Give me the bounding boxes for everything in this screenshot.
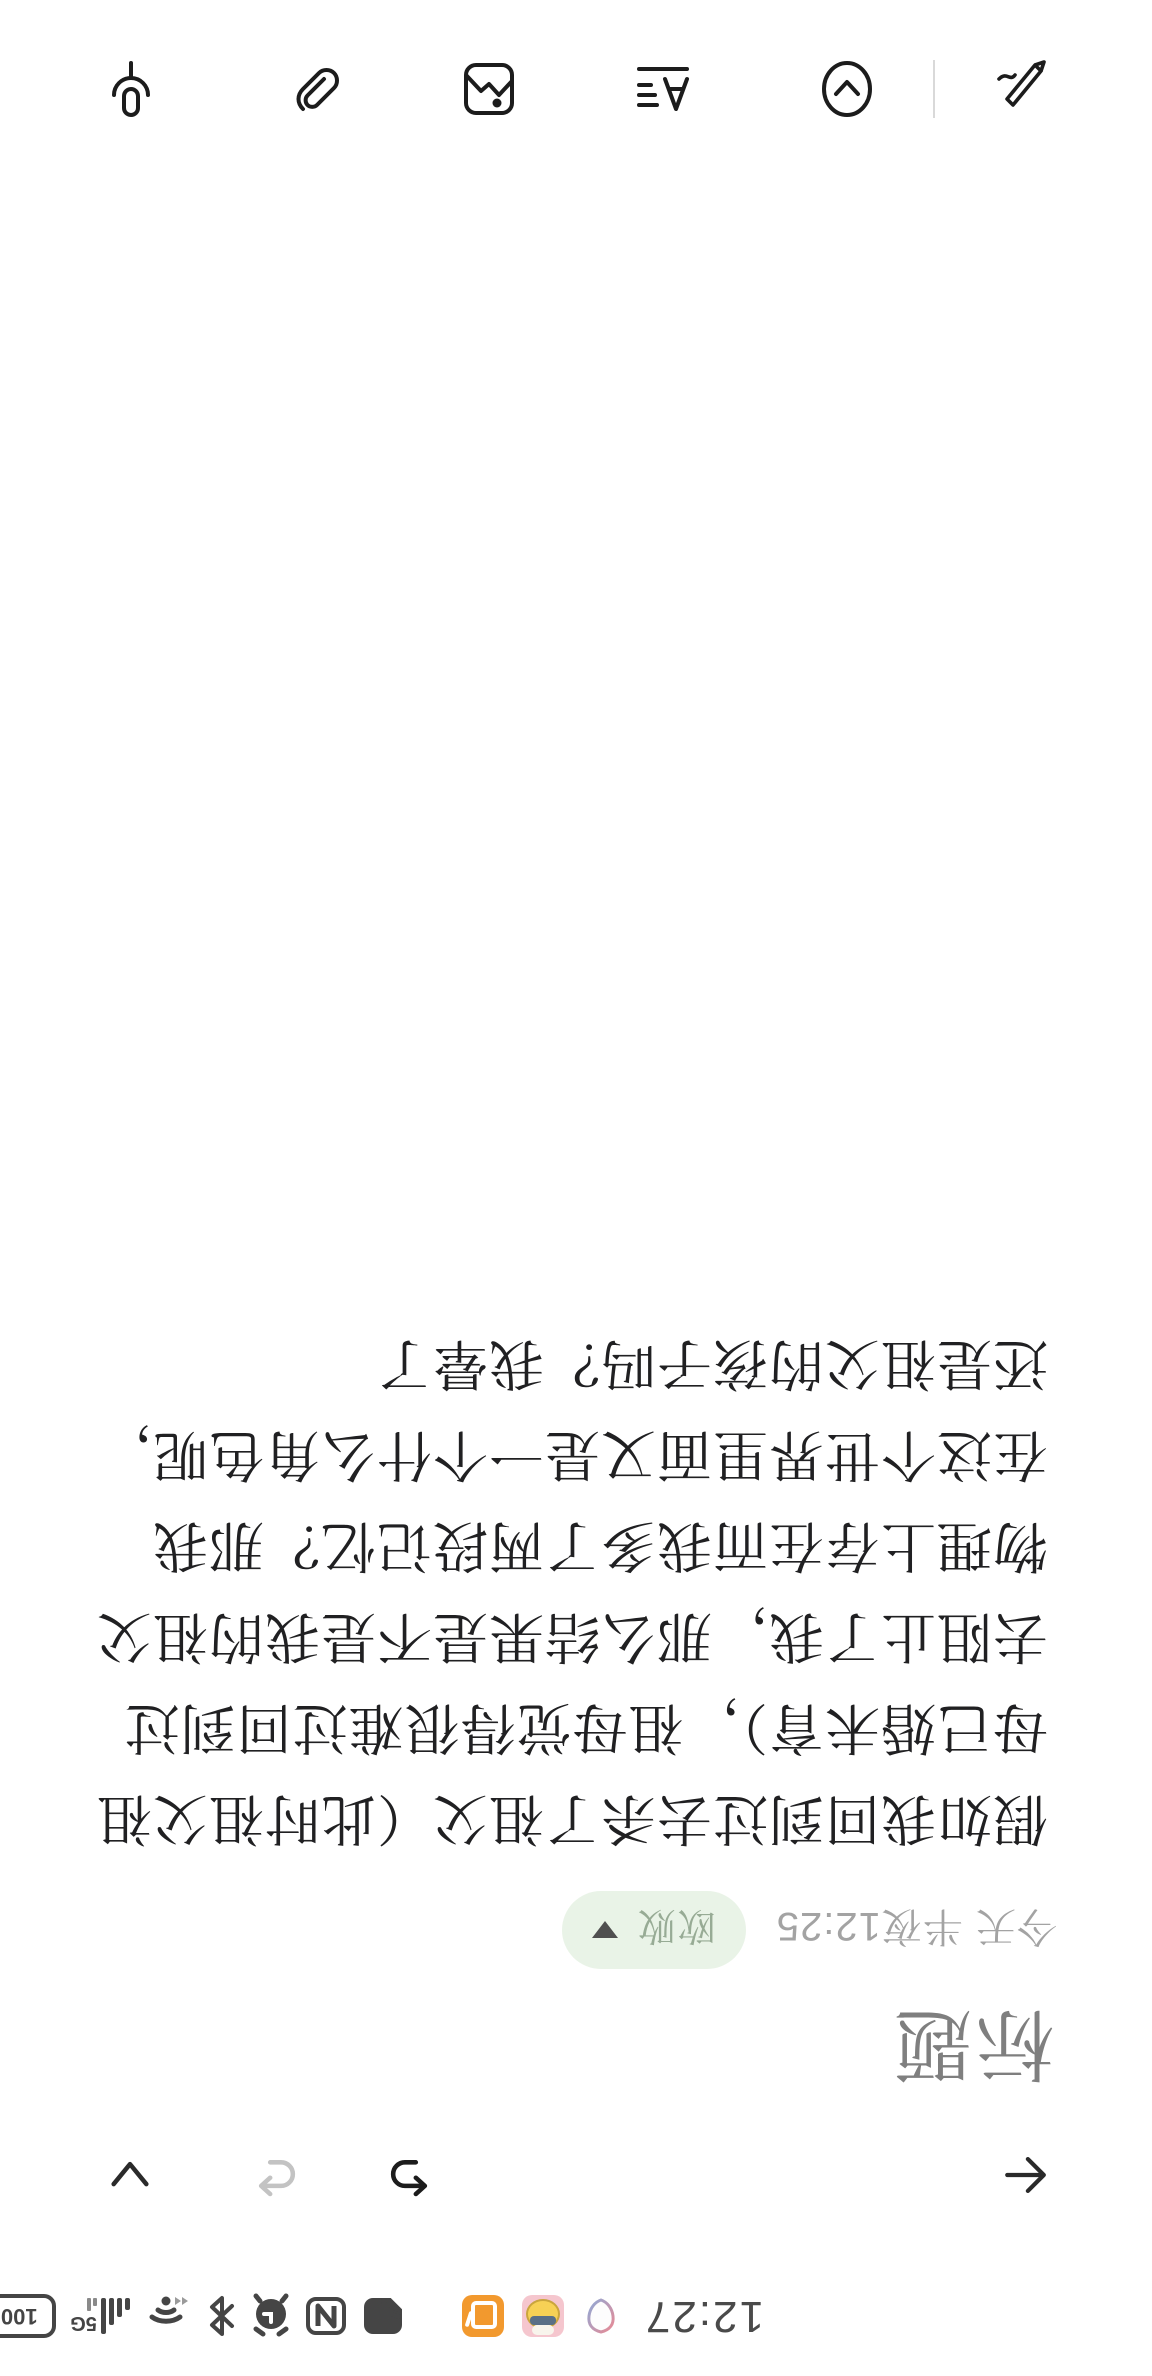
toolbar-divider <box>933 60 935 118</box>
note-body-line: 物理上存在而我多了两段记忆？那我 <box>90 1500 1048 1591</box>
note-body-line: 在这个世界里面又是一个什么角色呢， <box>90 1409 1048 1500</box>
note-meta-row: 今天 半夜12:25 欧败 <box>97 1888 1057 1972</box>
collapse-toolbar-button[interactable] <box>814 56 880 122</box>
undo-button[interactable] <box>382 2143 446 2207</box>
attachment-button[interactable] <box>282 56 348 122</box>
note-body-line: 母已婚未育），祖母觉得很难过回到过 <box>90 1682 1048 1773</box>
signal-5g-icon: 5G <box>70 2298 130 2334</box>
tag-dropdown-triangle-icon <box>592 1922 618 1939</box>
network-type-label: 5G <box>70 2313 97 2333</box>
microphone-icon <box>99 57 163 121</box>
text-format-button[interactable] <box>630 56 696 122</box>
voice-record-button[interactable] <box>98 56 164 122</box>
shield-badge-icon <box>580 2295 622 2337</box>
status-time: 12:27 <box>644 2291 764 2341</box>
collapse-keyboard-button[interactable] <box>98 2143 162 2207</box>
bluetooth-icon <box>204 2294 240 2338</box>
back-arrow-icon <box>996 2145 1056 2205</box>
wifi-icon <box>142 2293 194 2339</box>
back-button[interactable] <box>994 2143 1058 2207</box>
battery-percent: 100 <box>1 2303 38 2329</box>
undo-icon <box>385 2146 443 2204</box>
screen-reader-icon <box>360 2293 406 2339</box>
orange-app-icon <box>462 2295 504 2337</box>
chevron-down-icon <box>101 2146 159 2204</box>
note-body-line: 假如我回到过去杀了祖父（此时祖父祖 <box>90 1773 1048 1864</box>
note-tag-label: 欧败 <box>636 1903 716 1958</box>
note-body-line: 去阻止了我，那么结果是不是我的祖父 <box>90 1591 1048 1682</box>
editor-nav-bar <box>0 2142 1152 2208</box>
note-tag-pill[interactable]: 欧败 <box>562 1891 746 1969</box>
phone-screen-rotated-180: 12:27 <box>0 0 1152 2376</box>
insert-image-button[interactable] <box>456 56 522 122</box>
doodle-pen-button[interactable] <box>988 56 1054 122</box>
doodle-pen-icon <box>989 57 1053 121</box>
status-bar: 12:27 <box>0 2284 1152 2348</box>
note-timestamp: 今天 半夜12:25 <box>776 1902 1057 1959</box>
alarm-icon <box>248 2293 294 2339</box>
text-format-icon <box>631 57 695 121</box>
note-title-placeholder[interactable]: 标题 <box>890 1998 1054 2090</box>
paperclip-icon <box>283 57 347 121</box>
editor-bottom-toolbar <box>0 56 1152 122</box>
note-body-text[interactable]: 假如我回到过去杀了祖父（此时祖父祖 母已婚未育），祖母觉得很难过回到过 去阻止了… <box>90 1318 1048 1864</box>
redo-button[interactable] <box>240 2143 304 2207</box>
nfc-icon <box>304 2294 348 2338</box>
note-body-line: 还是祖父的孩子吗？我晕了 <box>90 1318 1048 1409</box>
emoji-sticker-app-icon <box>522 2295 564 2337</box>
redo-icon <box>243 2146 301 2204</box>
image-icon <box>457 57 521 121</box>
collapse-circle-icon <box>815 57 879 121</box>
battery-charging-icon: 100 <box>0 2294 56 2338</box>
